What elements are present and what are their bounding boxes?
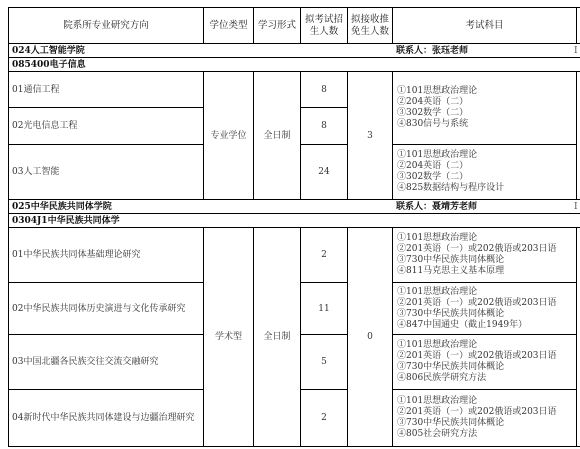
exam-quota: 11 [301, 283, 347, 334]
edge-fragment: I [574, 44, 580, 57]
direction-name: 01中华民族共同体基础理论研究 [12, 228, 202, 282]
exam-subject-line: ②201英语（一）或202俄语或203日语 [397, 407, 557, 418]
col-divider [576, 71, 577, 199]
exam-quota: 8 [301, 108, 347, 144]
college-title: 025中华民族共同体学院 [9, 200, 389, 213]
exam-subjects: ①101思想政治理论 ②201英语（一）或202俄语或203日语 ③730中华民… [393, 390, 576, 446]
exam-subject-line: ①101思想政治理论 [397, 396, 477, 407]
degree-type: 专业学位 [204, 72, 253, 199]
exam-subject-line: ②204英语（二） [397, 97, 468, 108]
exam-subject-line: ③730中华民族共同体概论 [397, 362, 504, 373]
header-exempt-quota-line1: 拟接收推 [351, 14, 389, 26]
exam-subject-line: ③302数学（二） [397, 172, 468, 183]
exempt-quota: 0 [348, 228, 392, 446]
exam-subject-line: ④806民族学研究方法 [397, 373, 486, 384]
exam-subject-line: ②201英语（一）或202俄语或203日语 [397, 298, 557, 309]
exam-subject-line: ④805社会研究方法 [397, 429, 477, 440]
exam-subject-line: ①101思想政治理论 [397, 287, 477, 298]
exam-quota: 2 [301, 228, 347, 282]
exam-subjects: ①101思想政治理论 ②201英语（一）或202俄语或203日语 ③730中华民… [393, 228, 576, 282]
direction-name: 01通信工程 [12, 72, 202, 107]
exam-subjects: ①101思想政治理论 ②204英语（二） ③302数学（二） ④830信号与系统 [393, 72, 576, 144]
exempt-quota: 3 [348, 72, 392, 199]
exam-subject-line: ②201英语（一）或202俄语或203日语 [397, 351, 557, 362]
study-mode: 全日制 [254, 72, 300, 199]
direction-name: 02光电信息工程 [12, 108, 202, 144]
exam-quota: 24 [301, 145, 347, 199]
exam-subject-line: ①101思想政治理论 [397, 233, 477, 244]
header-exempt-quota: 拟接收推 免生人数 [348, 8, 392, 43]
direction-name: 02中华民族共同体历史演进与文化传承研究 [12, 283, 202, 334]
major-title: 085400电子信息 [9, 58, 389, 71]
exam-subject-line: ③730中华民族共同体概论 [397, 418, 504, 429]
exam-subjects: ①101思想政治理论 ②201英语（一）或202俄语或203日语 ③730中华民… [393, 335, 576, 389]
college-contact: 联系人：张珏老师 [393, 44, 576, 57]
edge-fragment: I [574, 200, 580, 213]
exam-subject-line: ②201英语（一）或202俄语或203日语 [397, 244, 557, 255]
col-divider [576, 227, 577, 447]
college-title: 024人工智能学院 [9, 44, 389, 57]
exam-subject-line: ④825数据结构与程序设计 [397, 183, 504, 194]
row-divider [8, 446, 580, 447]
exam-subject-line: ④811马克思主义基本原理 [397, 266, 504, 277]
header-degree-type: 学位类型 [204, 8, 253, 43]
exam-quota: 2 [301, 390, 347, 446]
exam-subjects: ①101思想政治理论 ②201英语（一）或202俄语或203日语 ③730中华民… [393, 283, 576, 334]
exam-quota: 8 [301, 72, 347, 107]
exam-subject-line: ①101思想政治理论 [397, 150, 477, 161]
major-title: 0304J1中华民族共同体学 [9, 214, 389, 227]
header-exam-subjects: 考试科目 [393, 8, 576, 43]
header-exam-quota: 拟考试招 生人数 [301, 8, 347, 43]
degree-type: 学术型 [204, 228, 253, 446]
exam-subject-line: ②204英语（二） [397, 161, 468, 172]
college-contact: 联系人：聂靖芳老师 [393, 200, 576, 213]
study-mode: 全日制 [254, 228, 300, 446]
header-exam-quota-line1: 拟考试招 [305, 14, 343, 26]
table-left-border [8, 7, 9, 447]
exam-subject-line: ③302数学（二） [397, 108, 468, 119]
col-divider [576, 7, 577, 43]
direction-name: 03人工智能 [12, 145, 202, 199]
direction-name: 04新时代中华民族共同体建设与边疆治理研究 [12, 390, 200, 446]
exam-subjects: ①101思想政治理论 ②204英语（二） ③302数学（二） ④825数据结构与… [393, 145, 576, 199]
exam-subject-line: ③730中华民族共同体概论 [397, 255, 504, 266]
direction-name: 03中国北疆各民族交往交流交融研究 [12, 335, 202, 389]
exam-quota: 5 [301, 335, 347, 389]
header-study-mode: 学习形式 [254, 8, 300, 43]
exam-subject-line: ④830信号与系统 [397, 119, 468, 130]
exam-subject-line: ①101思想政治理论 [397, 86, 477, 97]
header-exam-quota-line2: 生人数 [310, 26, 339, 38]
exam-subject-line: ③730中华民族共同体概论 [397, 309, 504, 320]
header-direction: 院系所专业研究方向 [9, 8, 203, 43]
exam-subject-line: ①101思想政治理论 [397, 340, 477, 351]
header-exempt-quota-line2: 免生人数 [351, 26, 389, 38]
exam-subject-line: ④847中国通史（截止1949年） [397, 320, 527, 331]
